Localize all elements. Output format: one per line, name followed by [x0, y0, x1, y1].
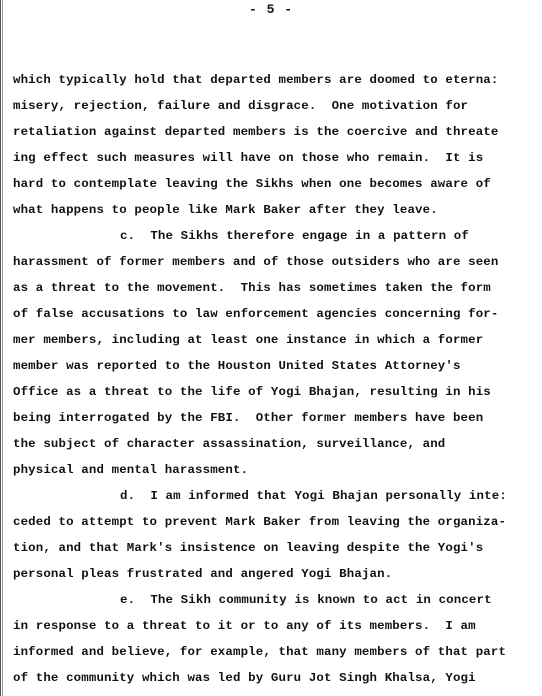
text-line: Office as a threat to the life of Yogi B…	[13, 379, 542, 405]
paragraph-d-start: d. I am informed that Yogi Bhajan person…	[13, 483, 542, 509]
document-body: which typically hold that departed membe…	[13, 67, 542, 691]
text-line: mer members, including at least one inst…	[13, 327, 542, 353]
text-line: in response to a threat to it or to any …	[13, 613, 542, 639]
text-line: informed and believe, for example, that …	[13, 639, 542, 665]
text-line: tion, and that Mark's insistence on leav…	[13, 535, 542, 561]
text-line: personal pleas frustrated and angered Yo…	[13, 561, 542, 587]
text-line: retaliation against departed members is …	[13, 119, 542, 145]
text-line: ing effect such measures will have on th…	[13, 145, 542, 171]
text-line: hard to contemplate leaving the Sikhs wh…	[13, 171, 542, 197]
paragraph-e-start: e. The Sikh community is known to act in…	[13, 587, 542, 613]
text-line: the subject of character assassination, …	[13, 431, 542, 457]
text-line: member was reported to the Houston Unite…	[13, 353, 542, 379]
text-line: misery, rejection, failure and disgrace.…	[13, 93, 542, 119]
text-line: as a threat to the movement. This has so…	[13, 275, 542, 301]
text-line: what happens to people like Mark Baker a…	[13, 197, 542, 223]
page-number: - 5 -	[0, 2, 542, 17]
text-line: ceded to attempt to prevent Mark Baker f…	[13, 509, 542, 535]
text-line: harassment of former members and of thos…	[13, 249, 542, 275]
text-line: being interrogated by the FBI. Other for…	[13, 405, 542, 431]
page-left-edge	[0, 0, 3, 696]
text-line: of false accusations to law enforcement …	[13, 301, 542, 327]
paragraph-c-start: c. The Sikhs therefore engage in a patte…	[13, 223, 542, 249]
text-line: of the community which was led by Guru J…	[13, 665, 542, 691]
text-line: which typically hold that departed membe…	[13, 67, 542, 93]
text-line: physical and mental harassment.	[13, 457, 542, 483]
